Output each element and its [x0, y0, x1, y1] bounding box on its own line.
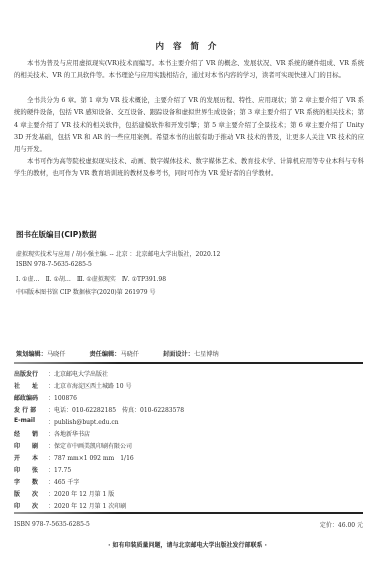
info-distributor: 经 销：各地新华书店: [14, 429, 90, 438]
footer-price: 定价：46.00 元: [320, 520, 363, 529]
footer-notice: · 如有印装质量问题，请与北京邮电大学出版社发行部联系 ·: [0, 540, 375, 549]
info-address: 社 址：北京市海淀区西土城路 10 号: [14, 381, 131, 390]
cip-title: 图书在版编目(CIP)数据: [16, 229, 97, 240]
info-printing: 印 次：2020 年 12 月第 1 次印刷: [14, 501, 126, 510]
info-publisher: 出版发行：北京邮电大学出版社: [14, 369, 108, 378]
cip-record-line: 中国版本图书馆 CIP 数据核字(2020)第 261979 号: [16, 287, 155, 296]
summary-title: 内 容 简 介: [0, 40, 375, 52]
info-printer: 印 刷：保定市中画美凯印刷有限公司: [14, 441, 132, 450]
info-word-count: 字 数：465 千字: [14, 477, 79, 486]
cip-isbn-line: ISBN 978-7-5635-6285-5: [16, 261, 92, 268]
info-distribution-dept: 发 行 部：电话：010-62282185 传真：010-62283578: [14, 405, 184, 414]
divider-bottom: [14, 512, 363, 514]
info-postcode: 邮政编码：100876: [14, 393, 77, 402]
summary-paragraph-2: 全书共分为 6 章。第 1 章为 VR 技术概论，主要介绍了 VR 的发展历程、…: [14, 94, 364, 155]
summary-paragraph-3: 本书可作为高等院校虚拟现实技术、动画、数字媒体技术、数字媒体艺术、教育技术学、计…: [14, 155, 364, 180]
credit-responsible-editor: 责任编辑：马晓仟: [90, 349, 140, 358]
footer-isbn: ISBN 978-7-5635-6285-5: [14, 521, 90, 528]
info-format: 开 本：787 mm×1 092 mm 1/16: [14, 453, 134, 462]
info-sheets: 印 张：17.75: [14, 465, 71, 474]
cip-book-line: 虚拟现实技术与应用 / 胡小强主编. -- 北京 ：北京邮电大学出版社，2020…: [16, 249, 220, 258]
divider-top: [14, 362, 363, 364]
info-email: E-mail：publish@bupt.edu.cn: [14, 417, 119, 426]
editor-credits: 策划编辑：马晓仟 责任编辑：马晓仟 封面设计：七星博纳: [16, 349, 219, 358]
cip-classification-line: Ⅰ. ①虚… Ⅱ. ①胡… Ⅲ. ①虚拟现实 Ⅳ. ①TP391.98: [16, 274, 166, 283]
credit-planning-editor: 策划编辑：马晓仟: [16, 349, 66, 358]
summary-paragraph-1: 本书为普及与应用虚拟现实(VR)技术而编写。本书主要介绍了 VR 的概念、发展状…: [14, 57, 364, 82]
info-edition: 版 次：2020 年 12 月第 1 版: [14, 489, 114, 498]
credit-cover-design: 封面设计：七星博纳: [163, 349, 219, 358]
